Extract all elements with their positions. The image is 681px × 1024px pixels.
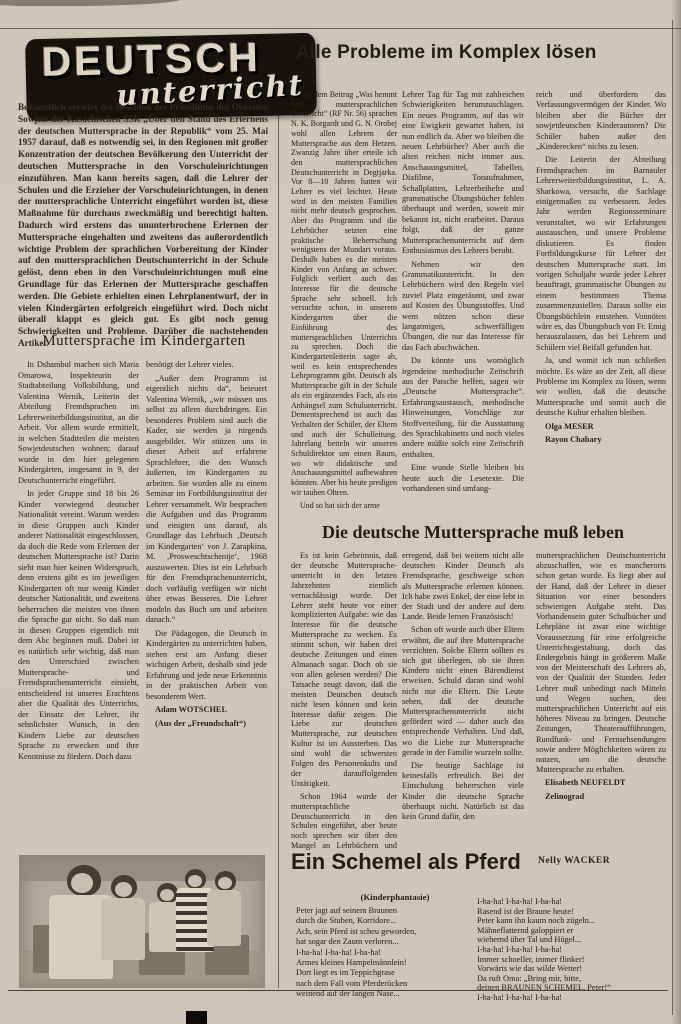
column-divider-rule [278,92,279,988]
newspaper-page: DEUTSCH unterricht Alle Probleme im Komp… [0,0,681,1024]
paragraph: Da könnte uns womöglich irgendeine metho… [402,356,524,460]
signature-note-freundschaft: (Aus der „Freundschaft“) [146,719,267,730]
mussleben-column-3: muttersprachlichen Deutschunterricht abz… [536,551,666,846]
paragraph: Die Pädagogen, die Deutsch in Kindergärt… [146,629,267,703]
poem-line: I-ha-ha! I-ha-ha! I-ha-ha! [296,948,446,958]
poem-line: Ach, sein Pferd ist scheu geworden, [296,927,446,937]
kindergarten-column-2: benötigt der Lehrer vieles. „Außer dem P… [146,360,267,852]
signature-elisabeth-neufeldt: Elisabeth NEUFELDT [536,778,666,788]
scan-smudge [0,0,182,6]
signature-location-zelinograd: Zelinograd [536,792,666,802]
signature-location-rayon-chabary: Rayon Chabary [536,435,666,445]
poem-line: Armes kleines Hampelmännlein! [296,958,446,968]
poem-line: hat sogar den Zaum verloren... [296,937,446,947]
poem-right-column: I-ha-ha! I-ha-ha! I-ha-ha! Rasend ist de… [477,897,657,1003]
page-bottom-marker [186,1011,207,1024]
paragraph: Lehrer Tag für Tag mit zahlreichen Schwi… [402,90,524,257]
paragraph: Eine wunde Stelle bleiben bis heute auch… [402,463,524,494]
paragraph: Es ist kein Geheimnis, daß der deutsche … [291,551,397,789]
kindergarten-children-photo [19,855,265,988]
poem-line: durch die Stuben, Korridore... [296,916,446,926]
page-edge-shadow [672,0,681,1024]
poem-line: deinen BRAUNEN SCHEMEL, Peter!“ [477,983,657,993]
poem-line: Dort liegt es im Teppichgrase [296,968,446,978]
editorial-intro: Bekanntlich verwies der Beschluß des Prä… [18,102,268,354]
poem-line: Immer schneller, immer flinker! [477,955,657,965]
poem-line: Peter kann ihn kaum noch zügeln... [477,916,657,926]
signature-adam-wotschel: Adam WOTSCHEL [146,705,267,716]
paragraph: Die Leiterin der Abteilung Fremdsprachen… [536,155,666,353]
poem-line: I-ha-ha! I-ha-ha! I-ha-ha! [477,897,657,907]
poem-line: nach dem Fall vom Pferderücken [296,979,446,989]
paragraph: Mit dem Beitrag „Was hemmt den mutterspr… [291,90,397,498]
poem-line: I-ha-ha! I-ha-ha! I-ha-ha! [477,945,657,955]
poem-line: Rasend ist der Braune heute! [477,907,657,917]
poem-line: Da ruft Oma: „Bring mir, bitte, [477,974,657,984]
paragraph: „Außer dem Programm ist eigentlich nicht… [146,374,267,626]
paragraph: Die heutige Sachlage ist keinesfalls erf… [402,761,524,822]
poem-line: Peter jagt auf seinem Braunen [296,906,446,916]
paragraph: muttersprachlichen Deutschunterricht abz… [536,551,666,775]
paragraph: benötigt der Lehrer vieles. [146,360,267,371]
poem-line: I-ha-ha! I-ha-ha! I-ha-ha! [477,993,657,1003]
kindergarten-column-1: In Dshambul machen sich Maria Omarowa, I… [18,360,139,852]
poem-line: weinend auf der langen Nase... [296,989,446,999]
mussleben-column-1: Es ist kein Geheimnis, daß der deutsche … [291,551,397,850]
right-edge-rule [672,20,673,1015]
poem-left-column: Peter jagt auf seinem Braunen durch die … [296,906,446,1000]
mussleben-column-2: erregend, daß bei weitem nicht alle deut… [402,551,524,850]
poem-line: Vorwärts wie das wilde Wetter! [477,964,657,974]
paragraph: In Dshambul machen sich Maria Omarowa, I… [18,360,139,486]
komplex-column-2: Lehrer Tag für Tag mit zahlreichen Schwi… [402,90,524,524]
paragraph: Schon 1964 wurde der muttersprachliche D… [291,792,397,850]
paragraph: Nehmen wir den Grammatikunterricht. In d… [402,260,524,354]
komplex-column-1: Mit dem Beitrag „Was hemmt den mutterspr… [291,90,397,524]
headline-alle-probleme: Alle Probleme im Komplex lösen [296,42,596,64]
paragraph: erregend, daß bei weitem nicht alle deut… [402,551,524,622]
paragraph: Und so hat sich der arme [291,501,397,511]
poem-line: wiehernd über Tal und Hügel... [477,935,657,945]
paragraph: Schon oft wurde auch über Eltern erwähnt… [402,625,524,758]
poem-line: Mähneflatternd galoppiert er [477,926,657,936]
komplex-column-3: reich und überfordern das Verfassungsver… [536,90,666,526]
paragraph: In jeder Gruppe sind 18 bis 26 Kinder vo… [18,489,139,762]
headline-ein-schemel-als-pferd: Ein Schemel als Pferd [291,849,541,875]
paragraph: Ja, und womit ich nun schließen möchte. … [536,356,666,418]
paragraph: reich und überfordern das Verfassungsver… [536,90,666,152]
top-rule [0,28,681,29]
poem-subtitle: (Kinderphantasie) [300,892,490,902]
poem-author: Nelly WACKER [538,856,610,866]
signature-olga-meser: Olga MESER [536,422,666,432]
